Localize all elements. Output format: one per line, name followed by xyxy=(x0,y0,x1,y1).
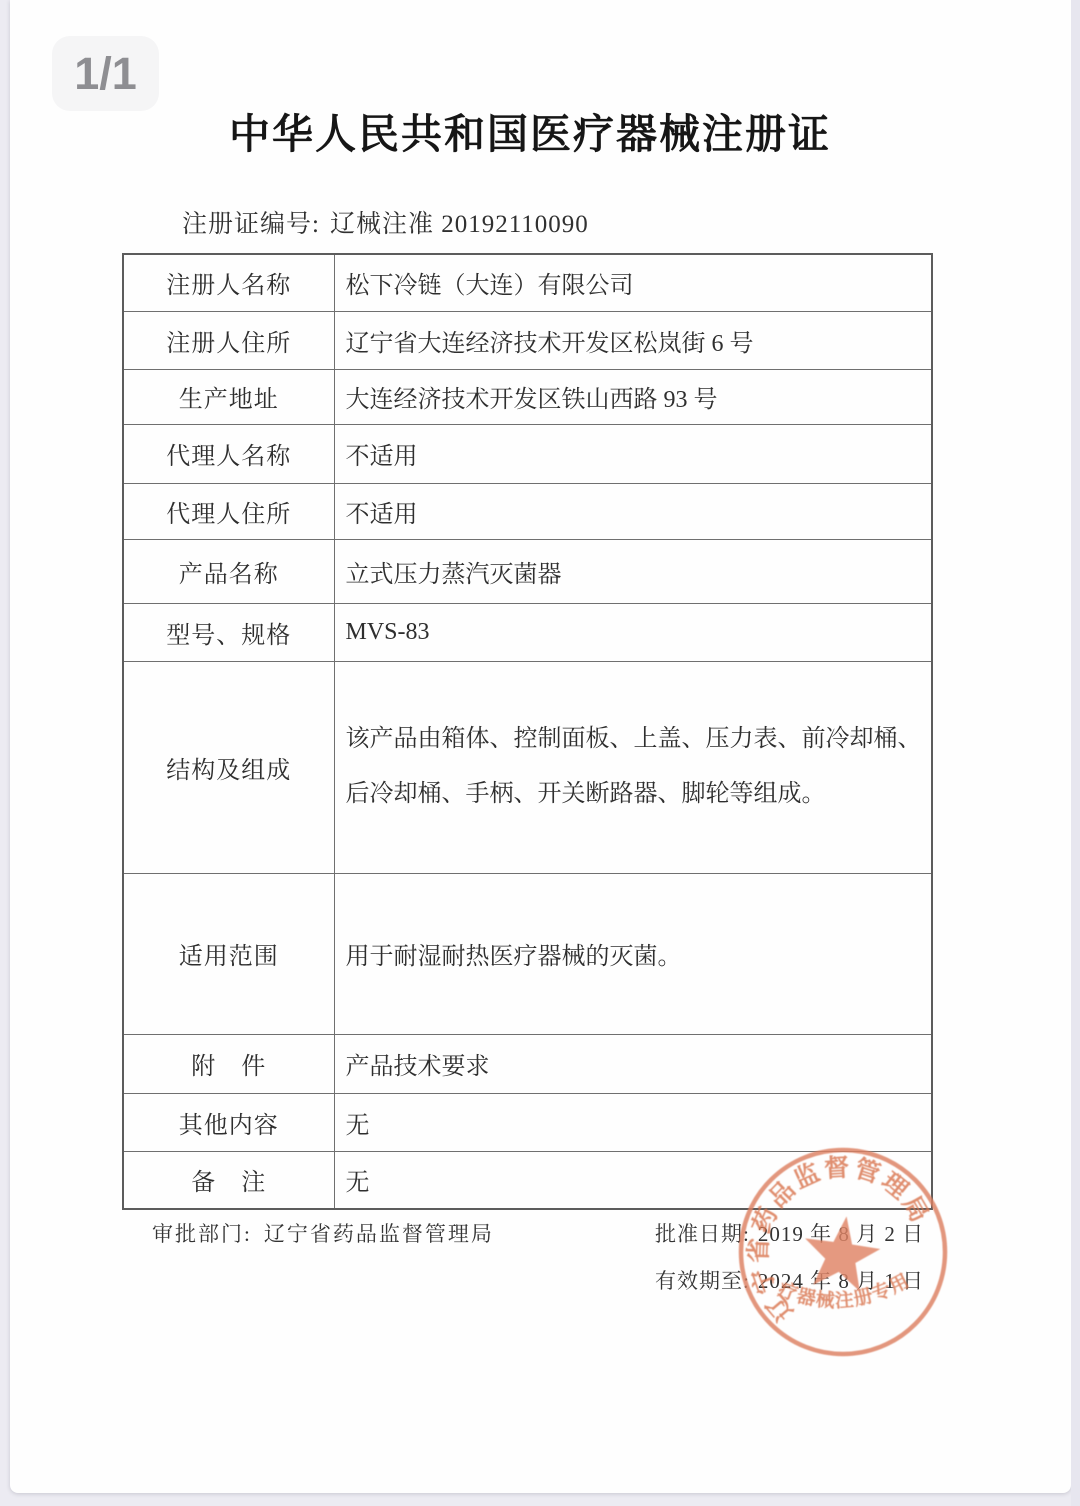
table-row: 生产地址 大连经济技术开发区铁山西路 93 号 xyxy=(123,369,932,424)
row-label: 注册人名称 xyxy=(123,254,334,311)
row-value: 产品技术要求 xyxy=(334,1034,932,1093)
approval-department-line: 审批部门:辽宁省药品监督管理局 xyxy=(152,1218,494,1248)
dates-block: 批准日期:2019 年 8 月 2 日 有效期至:2024 年 8 月 1 日 xyxy=(655,1218,924,1312)
registration-number-line: 注册证编号:辽械注准 20192110090 xyxy=(182,204,589,240)
registration-number-value: 辽械注准 20192110090 xyxy=(330,211,589,238)
document-page: 1/1 中华人民共和国医疗器械注册证 注册证编号:辽械注准 2019211009… xyxy=(10,0,1071,1493)
row-label: 代理人名称 xyxy=(123,424,334,483)
row-label: 附 件 xyxy=(123,1034,334,1093)
row-label: 备 注 xyxy=(123,1151,334,1209)
row-value: 不适用 xyxy=(334,483,932,539)
table-row: 附 件 产品技术要求 xyxy=(123,1034,932,1093)
page-indicator-badge: 1/1 xyxy=(52,36,159,111)
table-row: 备 注 无 xyxy=(123,1151,932,1209)
valid-until-line: 有效期至:2024 年 8 月 1 日 xyxy=(655,1265,924,1295)
row-label: 代理人住所 xyxy=(123,483,334,539)
approval-date-value: 2019 年 8 月 2 日 xyxy=(758,1222,924,1246)
valid-until-label: 有效期至: xyxy=(655,1269,750,1293)
approval-department-value: 辽宁省药品监督管理局 xyxy=(264,1222,494,1246)
row-label: 生产地址 xyxy=(123,369,334,424)
registration-number-label: 注册证编号: xyxy=(182,211,320,238)
row-value: 松下冷链（大连）有限公司 xyxy=(334,254,932,311)
row-value: 无 xyxy=(334,1093,932,1151)
certificate-table: 注册人名称 松下冷链（大连）有限公司 注册人住所 辽宁省大连经济技术开发区松岚街… xyxy=(122,253,933,1210)
row-label: 型号、规格 xyxy=(123,603,334,661)
approval-department-label: 审批部门: xyxy=(152,1222,252,1246)
table-row: 结构及组成 该产品由箱体、控制面板、上盖、压力表、前冷却桶、后冷却桶、手柄、开关… xyxy=(123,661,932,873)
row-label: 产品名称 xyxy=(123,539,334,603)
page-indicator-text: 1/1 xyxy=(74,48,137,100)
row-value: 该产品由箱体、控制面板、上盖、压力表、前冷却桶、后冷却桶、手柄、开关断路器、脚轮… xyxy=(334,661,932,873)
row-label: 适用范围 xyxy=(123,873,334,1034)
row-label: 注册人住所 xyxy=(123,311,334,369)
table-row: 注册人名称 松下冷链（大连）有限公司 xyxy=(123,254,932,311)
scrollbar-track[interactable] xyxy=(1071,0,1080,1506)
row-value: 无 xyxy=(334,1151,932,1209)
table-row: 代理人住所 不适用 xyxy=(123,483,932,539)
row-label: 结构及组成 xyxy=(123,661,334,873)
row-value: 大连经济技术开发区铁山西路 93 号 xyxy=(334,369,932,424)
table-row: 代理人名称 不适用 xyxy=(123,424,932,483)
row-value: 辽宁省大连经济技术开发区松岚街 6 号 xyxy=(334,311,932,369)
row-value: 不适用 xyxy=(334,424,932,483)
table-row: 适用范围 用于耐湿耐热医疗器械的灭菌。 xyxy=(123,873,932,1034)
row-label: 其他内容 xyxy=(123,1093,334,1151)
row-value: 用于耐湿耐热医疗器械的灭菌。 xyxy=(334,873,932,1034)
row-value: 立式压力蒸汽灭菌器 xyxy=(334,539,932,603)
approval-date-line: 批准日期:2019 年 8 月 2 日 xyxy=(655,1218,924,1248)
approval-date-label: 批准日期: xyxy=(655,1222,750,1246)
table-row: 注册人住所 辽宁省大连经济技术开发区松岚街 6 号 xyxy=(123,311,932,369)
table-row: 产品名称 立式压力蒸汽灭菌器 xyxy=(123,539,932,603)
table-row: 型号、规格 MVS-83 xyxy=(123,603,932,661)
valid-until-value: 2024 年 8 月 1 日 xyxy=(758,1269,924,1293)
row-value: MVS-83 xyxy=(334,603,932,661)
document-title: 中华人民共和国医疗器械注册证 xyxy=(10,101,1050,160)
table-row: 其他内容 无 xyxy=(123,1093,932,1151)
